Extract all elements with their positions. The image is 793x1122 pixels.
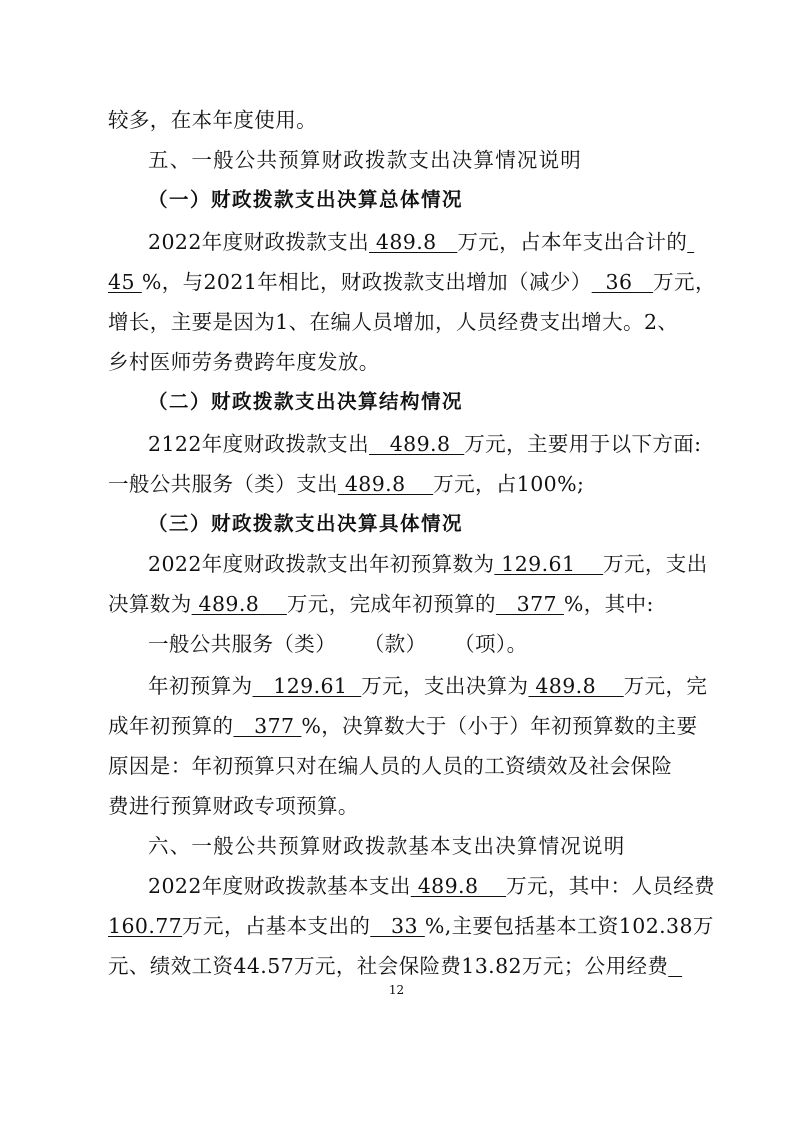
paragraph-line: 2122年度财政拨款支出 489.8 万元，主要用于以下方面: xyxy=(148,430,701,458)
paragraph-line: 160.77万元，占基本支出的 33 %,主要包括基本工资102.38万 xyxy=(108,912,714,940)
text: 万元，主要用于以下方面: xyxy=(464,432,701,456)
text: 乡村医师劳务费跨年度发放。 xyxy=(108,350,380,374)
text: 一般公共服务（类）支出 xyxy=(108,472,338,496)
filled-value: 129.61 xyxy=(494,552,603,576)
text: 一般公共服务（类） （款） （项）。 xyxy=(148,632,527,656)
text: %，决算数大于（小于）年初预算数的主要 xyxy=(301,714,697,738)
section-heading-5: 五、一般公共预算财政拨款支出决算情况说明 xyxy=(148,146,582,174)
filled-value: 33 xyxy=(370,914,425,938)
text: %,主要包括基本工资102.38万 xyxy=(425,914,714,938)
filled-value xyxy=(687,230,694,254)
text: 费进行预算财政专项预算。 xyxy=(108,794,359,818)
text: 年初预算为 xyxy=(148,674,253,698)
text: 2122年度财政拨款支出 xyxy=(148,432,369,456)
paragraph-line: 一般公共服务（类） （款） （项）。 xyxy=(148,630,527,658)
subsection-heading-1: （一）财政拨款支出决算总体情况 xyxy=(148,186,463,214)
filled-value: 377 xyxy=(496,592,564,616)
paragraph-line: 2022年度财政拨款基本支出 489.8 万元，其中：人员经费 xyxy=(148,872,715,900)
page-number: 12 xyxy=(0,983,793,997)
filled-value: 489.8 xyxy=(192,592,287,616)
text: 决算数为 xyxy=(108,592,192,616)
text: 较多，在本年度使用。 xyxy=(108,108,317,132)
filled-value: 45 xyxy=(108,270,142,294)
filled-value: 160.77 xyxy=(108,914,182,938)
text: 成年初预算的 xyxy=(108,714,233,738)
section-heading-6: 六、一般公共预算财政拨款基本支出决算情况说明 xyxy=(148,832,625,860)
filled-value: 36 xyxy=(592,270,653,294)
paragraph-line: 元、绩效工资44.57万元，社会保险费13.82万元；公用经费 xyxy=(108,952,682,980)
subsection-heading-3: （三）财政拨款支出决算具体情况 xyxy=(148,510,463,538)
paragraph-line: 原因是：年初预算只对在编人员的人员的工资绩效及社会保险 xyxy=(108,752,672,780)
filled-value: 489.8 xyxy=(369,230,457,254)
paragraph-line: 2022年度财政拨款支出年初预算数为 129.61 万元，支出 xyxy=(148,550,708,578)
paragraph-line: 乡村医师劳务费跨年度发放。 xyxy=(108,348,380,376)
text: 万元，占本年支出合计的 xyxy=(457,230,687,254)
text: 2022年度财政拨款支出 xyxy=(148,230,369,254)
text: 万元， xyxy=(653,270,716,294)
text: 元、绩效工资44.57万元，社会保险费13.82万元；公用经费 xyxy=(108,954,668,978)
paragraph-line: 决算数为 489.8 万元，完成年初预算的 377 %，其中: xyxy=(108,590,654,618)
paragraph-line: 年初预算为 129.61 万元，支出决算为 489.8 万元，完 xyxy=(148,672,707,700)
filled-value: 489.8 xyxy=(411,874,506,898)
text: %，其中: xyxy=(564,592,654,616)
text: %，与2021年相比，财政拨款支出增加（减少） xyxy=(142,270,592,294)
paragraph-line: 一般公共服务（类）支出 489.8 万元，占100%; xyxy=(108,470,584,498)
filled-value: 377 xyxy=(233,714,301,738)
filled-value: 489.8 xyxy=(369,432,464,456)
text: 万元，占100%; xyxy=(433,472,584,496)
text: 万元，完成年初预算的 xyxy=(287,592,496,616)
text: 2022年度财政拨款支出年初预算数为 xyxy=(148,552,494,576)
text: 2022年度财政拨款基本支出 xyxy=(148,874,411,898)
text: 原因是：年初预算只对在编人员的人员的工资绩效及社会保险 xyxy=(108,754,672,778)
text: 增长，主要是因为1、在编人员增加，人员经费支出增大。2、 xyxy=(108,310,678,334)
filled-value xyxy=(668,954,682,978)
subsection-heading-2: （二）财政拨款支出决算结构情况 xyxy=(148,388,463,416)
text: 万元，其中：人员经费 xyxy=(506,874,715,898)
filled-value: 489.8 xyxy=(338,472,433,496)
text: 万元，完 xyxy=(624,674,708,698)
heading-text: 六、一般公共预算财政拨款基本支出决算情况说明 xyxy=(148,834,625,858)
paragraph-line: 45 %，与2021年相比，财政拨款支出增加（减少） 36 万元， xyxy=(108,268,716,296)
paragraph-line: 增长，主要是因为1、在编人员增加，人员经费支出增大。2、 xyxy=(108,308,678,336)
text: 万元，支出 xyxy=(603,552,708,576)
heading-text: 五、一般公共预算财政拨款支出决算情况说明 xyxy=(148,148,582,172)
filled-value: 489.8 xyxy=(528,674,623,698)
heading-text: （一）财政拨款支出决算总体情况 xyxy=(148,188,463,211)
paragraph-line: 费进行预算财政专项预算。 xyxy=(108,792,359,820)
heading-text: （三）财政拨款支出决算具体情况 xyxy=(148,512,463,535)
filled-value: 129.61 xyxy=(253,674,362,698)
paragraph-line: 成年初预算的 377 %，决算数大于（小于）年初预算数的主要 xyxy=(108,712,697,740)
heading-text: （二）财政拨款支出决算结构情况 xyxy=(148,390,463,413)
text: 万元，占基本支出的 xyxy=(182,914,370,938)
text: 万元，支出决算为 xyxy=(361,674,528,698)
paragraph-line: 2022年度财政拨款支出 489.8 万元，占本年支出合计的 xyxy=(148,228,694,256)
paragraph-line: 较多，在本年度使用。 xyxy=(108,106,317,134)
